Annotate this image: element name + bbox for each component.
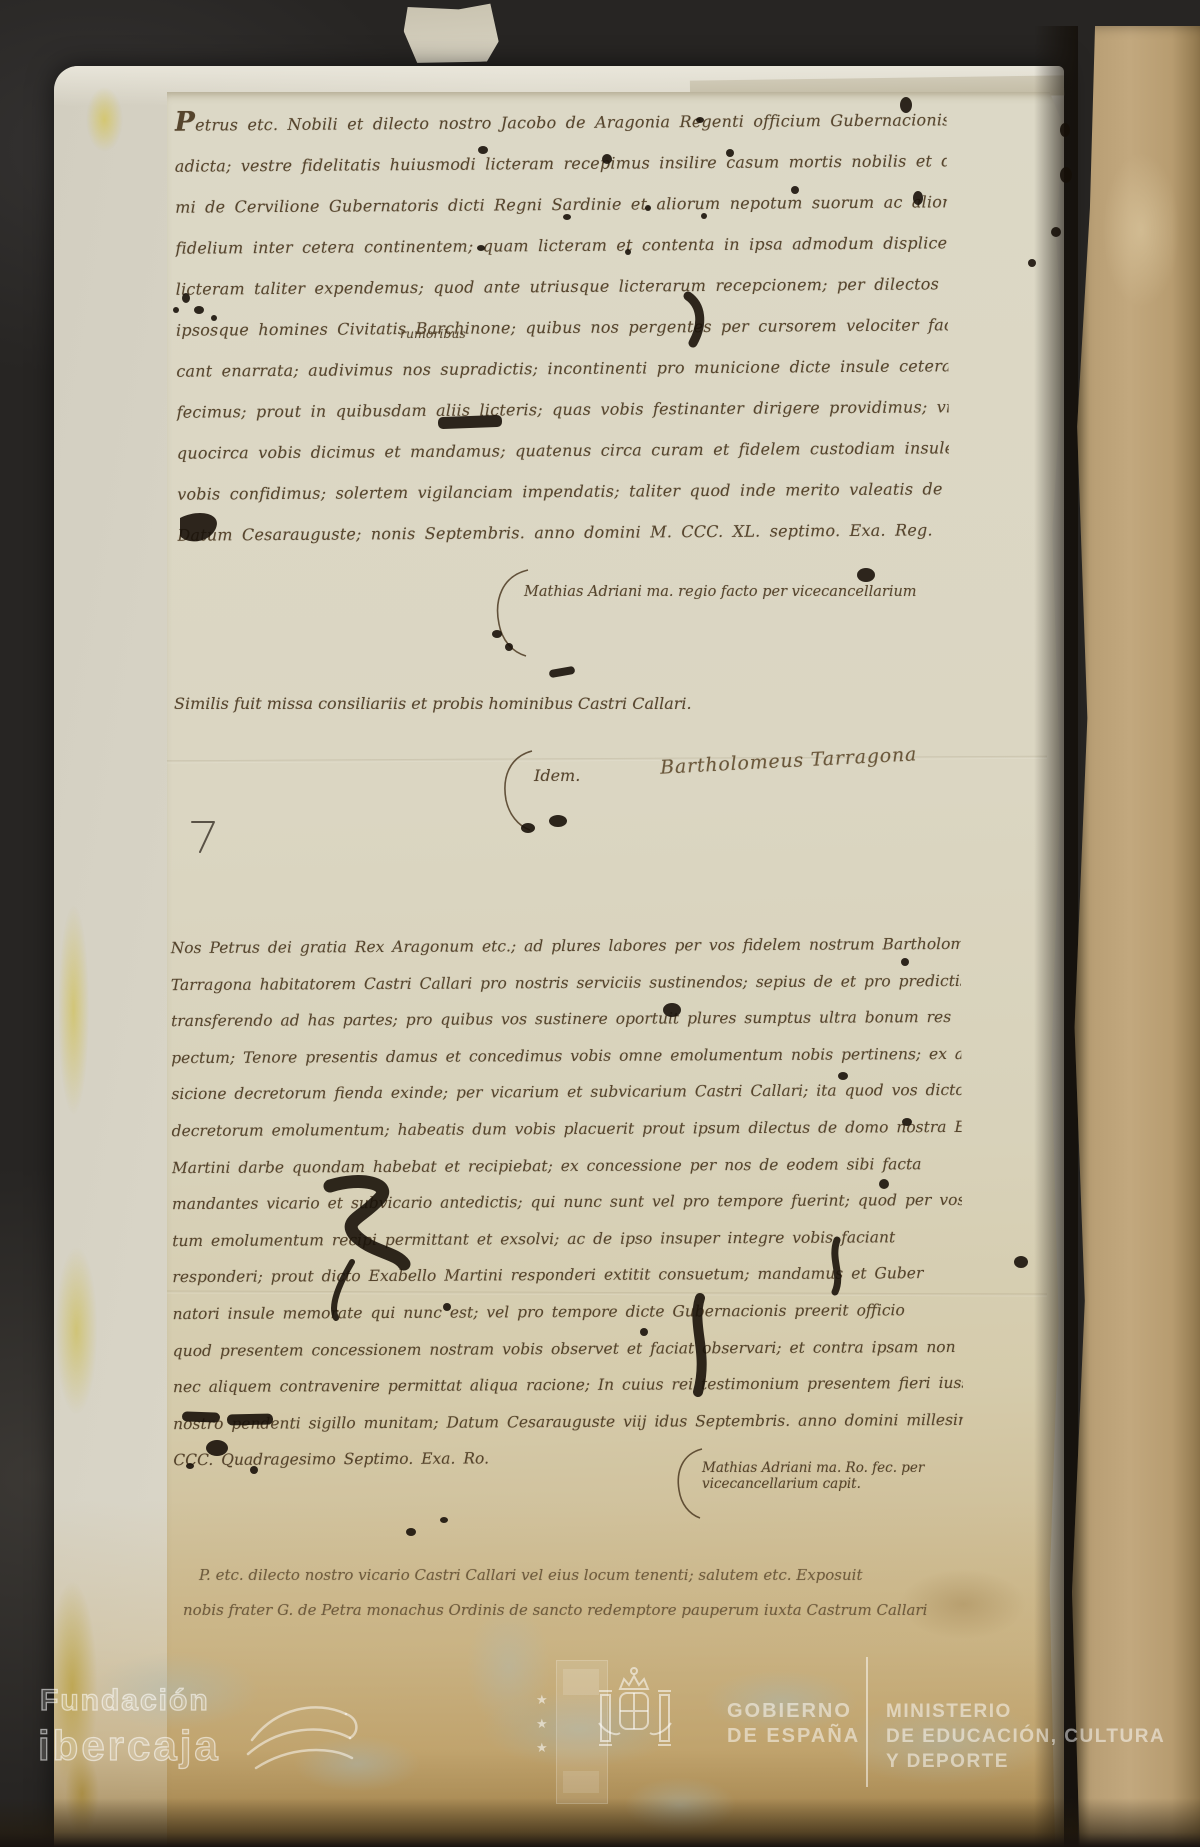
yellow-edge-stain: [54, 66, 124, 1847]
manuscript-line: Nos Petrus dei gratia Rex Aragonum etc.;…: [171, 926, 961, 967]
chancery-note-1: Mathias Adriani ma. regio facto per vice…: [524, 584, 956, 600]
manuscript-line: tum emolumentum recipi permittant et exs…: [172, 1219, 962, 1260]
facing-folio-highlight: [1086, 120, 1196, 340]
spain-coat-of-arms-icon: [596, 1663, 674, 1797]
manuscript-line: Martini darbe quondam habebat et recipie…: [172, 1145, 962, 1186]
manuscript-line: ipsosque homines Civitatis Barchinone; q…: [176, 304, 948, 350]
manuscript-line: decretorum emolumentum; habeatis dum vob…: [172, 1109, 962, 1150]
manuscript-line: Petrus etc. Nobili et dilecto nostro Jac…: [174, 96, 946, 145]
postscript: P. etc. dilecto nostro vicario Castri Ca…: [183, 1558, 993, 1628]
watermark-divider: [866, 1657, 868, 1787]
manuscript-line: nostro pendenti sigillo munitam; Datum C…: [173, 1402, 963, 1443]
manuscript-line: adicta; vestre fidelitatis huiusmodi lic…: [175, 140, 947, 186]
torn-paper-tab: [402, 1, 500, 67]
manuscript-line: quod presentem concessionem nostram vobi…: [173, 1328, 963, 1369]
manuscript-line: responderi; prout dicto Exabello Martini…: [172, 1255, 962, 1296]
manuscript-line: mi de Cervilione Gubernatoris dicti Regn…: [175, 181, 947, 227]
manuscript-line: licteram taliter expendemus; quod ante u…: [176, 263, 948, 309]
similis-note: Similis fuit missa consiliariis et probi…: [174, 694, 794, 713]
manuscript-line: pectum; Tenore presentis damus et conced…: [171, 1036, 961, 1077]
manuscript-line: fidelium inter cetera continentem; quam …: [175, 222, 947, 268]
paragraph-1: Petrus etc. Nobili et dilecto nostro Jac…: [174, 96, 949, 555]
manuscript-line: Tarragona habitatorem Castri Callari pro…: [171, 963, 961, 1004]
manuscript-photo: Petrus etc. Nobili et dilecto nostro Jac…: [0, 0, 1200, 1847]
manuscript-line: transferendo ad has partes; pro quibus v…: [171, 999, 961, 1040]
manuscript-line: cant enarrata; audivimus nos supradictis…: [176, 345, 948, 391]
chancery-note-2: Mathias Adriani ma. Ro. fec. per vicecan…: [702, 1460, 1042, 1492]
book-gutter-shadow: [1034, 26, 1078, 1847]
manuscript-line: natori insule memorate qui nunc est; vel…: [172, 1292, 962, 1333]
ibercaja-logo-icon: [246, 1688, 366, 1788]
manuscript-line: quocirca vobis dicimus et mandamus; quat…: [177, 427, 949, 473]
bottom-shadow-edge: [0, 1798, 1200, 1847]
paragraph-2: Nos Petrus dei gratia Rex Aragonum etc.;…: [171, 926, 964, 1479]
manuscript-line: Datum Cesarauguste; nonis Septembris. an…: [177, 509, 949, 555]
interline-note: rumoribus: [400, 326, 466, 341]
manuscript-line: vobis confidimus; solertem vigilanciam i…: [177, 468, 949, 514]
manuscript-line: P. etc. dilecto nostro vicario Castri Ca…: [183, 1558, 993, 1593]
manuscript-line: fecimus; prout in quibusdam aliis licter…: [176, 386, 948, 432]
idem-note: Idem.: [534, 766, 580, 785]
manuscript-line: sicione decretorum fienda exinde; per vi…: [171, 1072, 961, 1113]
manuscript-line: nobis frater G. de Petra monachus Ordini…: [183, 1593, 993, 1628]
manuscript-line: nec aliquem contravenire permittat aliqu…: [173, 1365, 963, 1406]
manuscript-line: mandantes vicario et subvicario antedict…: [172, 1182, 962, 1223]
